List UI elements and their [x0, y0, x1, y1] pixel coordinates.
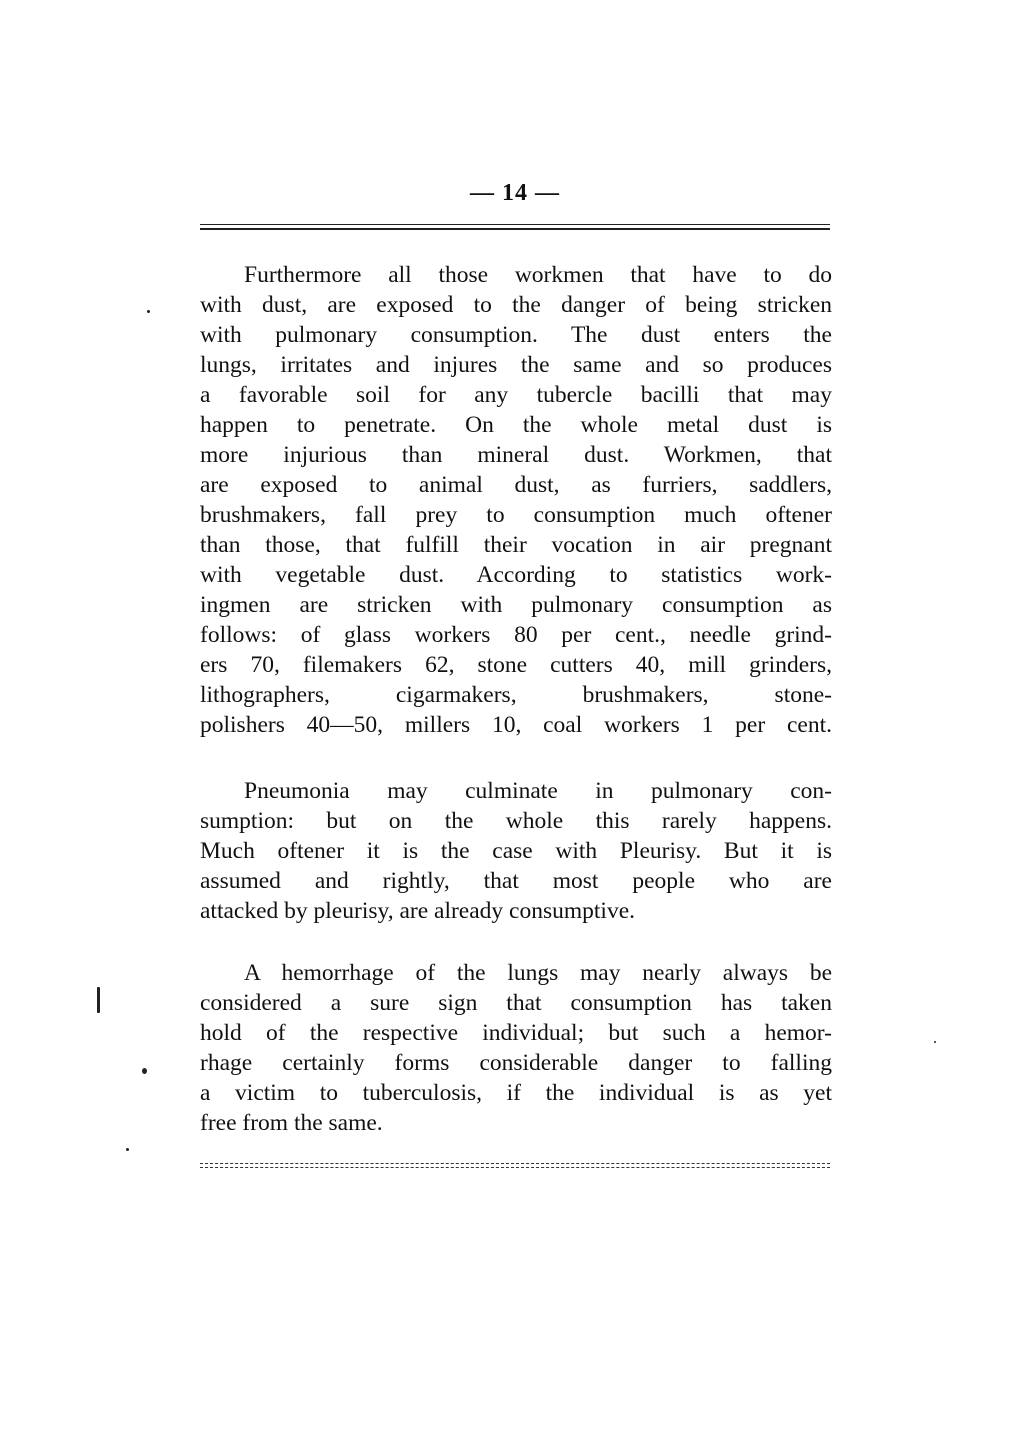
scan-speck: [97, 987, 100, 1013]
text-line: lithographers, cigarmakers, brushmakers,…: [200, 680, 832, 710]
text-line: ers 70, filemakers 62, stone cutters 40,…: [200, 650, 832, 680]
page-number: — 14 —: [200, 180, 830, 207]
text-line: a victim to tuberculosis, if the individ…: [200, 1078, 832, 1108]
paragraph-pneumonia: Pneumonia may culminate in pulmonary con…: [200, 776, 832, 926]
text-line: considered a sure sign that consumption …: [200, 988, 832, 1018]
footer-rule-line: [200, 1163, 830, 1164]
header-rule-line: [200, 224, 830, 225]
text-line: rhage certainly forms considerable dange…: [200, 1048, 832, 1078]
text-line: Furthermore all those workmen that have …: [200, 260, 832, 290]
header-rule-line: [200, 228, 830, 230]
scan-speck: [142, 1068, 147, 1074]
text-line: lungs, irritates and injures the same an…: [200, 350, 832, 380]
footer-rule-line: [200, 1167, 830, 1168]
text-line: polishers 40—50, millers 10, coal worker…: [200, 710, 832, 740]
header-rule: [200, 224, 830, 233]
text-line: sumption: but on the whole this rarely h…: [200, 806, 832, 836]
text-line: brushmakers, fall prey to consumption mu…: [200, 500, 832, 530]
text-line: with pulmonary consumption. The dust ent…: [200, 320, 832, 350]
text-line: a favorable soil for any tubercle bacill…: [200, 380, 832, 410]
paragraph-hemorrhage: A hemorrhage of the lungs may nearly alw…: [200, 958, 832, 1138]
text-line: hold of the respective individual; but s…: [200, 1018, 832, 1048]
text-line: with vegetable dust. According to statis…: [200, 560, 832, 590]
scan-speck: [147, 310, 150, 313]
text-line: assumed and rightly, that most people wh…: [200, 866, 832, 896]
text-line: follows: of glass workers 80 per cent., …: [200, 620, 832, 650]
text-line: than those, that fulfill their vocation …: [200, 530, 832, 560]
text-line: free from the same.: [200, 1108, 832, 1138]
text-line: more injurious than mineral dust. Workme…: [200, 440, 832, 470]
footer-rule: [200, 1163, 830, 1171]
scan-speck: [126, 1148, 129, 1151]
scan-speck: [934, 1041, 936, 1043]
text-line: happen to penetrate. On the whole metal …: [200, 410, 832, 440]
text-line: with dust, are exposed to the danger of …: [200, 290, 832, 320]
text-line: A hemorrhage of the lungs may nearly alw…: [200, 958, 832, 988]
text-line: attacked by pleurisy, are already consum…: [200, 896, 832, 926]
text-line: Much oftener it is the case with Pleuris…: [200, 836, 832, 866]
text-line: ingmen are stricken with pulmonary consu…: [200, 590, 832, 620]
text-line: Pneumonia may culminate in pulmonary con…: [200, 776, 832, 806]
text-line: are exposed to animal dust, as furriers,…: [200, 470, 832, 500]
paragraph-dust-workers: Furthermore all those workmen that have …: [200, 260, 832, 740]
